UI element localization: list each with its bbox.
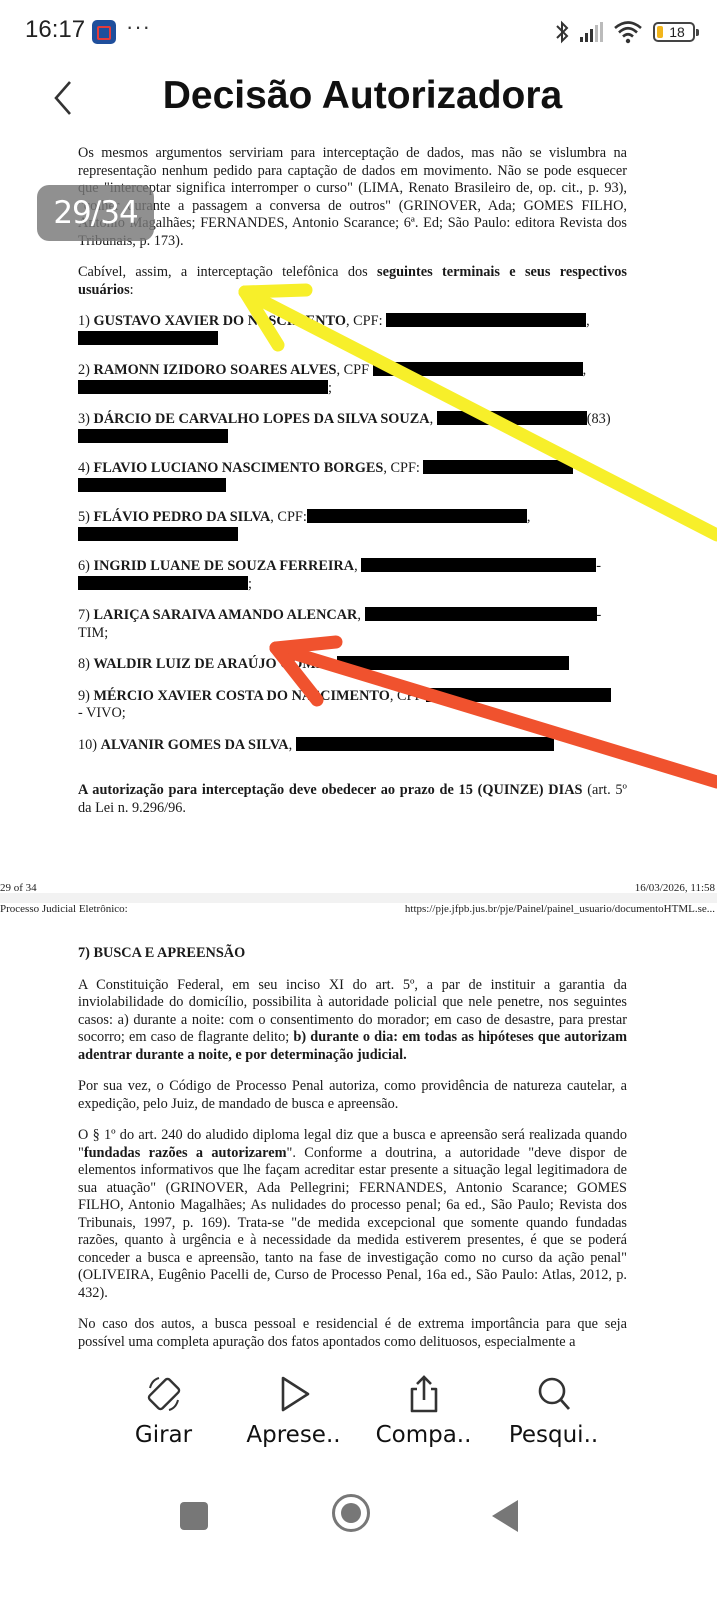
text: TIM; (78, 625, 108, 641)
bold-text: fundadas razões a autorizarem (84, 1145, 287, 1161)
text: , (357, 607, 364, 623)
rotate-button[interactable]: Girar (99, 1370, 229, 1470)
terminal-item: 6) INGRID LUANE DE SOUZA FERREIRA, -; (78, 558, 627, 593)
recent-apps-icon[interactable] (180, 1502, 208, 1530)
bottom-toolbar: Girar Aprese.. Compa.. Pesqui.. (0, 1370, 717, 1470)
redaction-bar (78, 576, 248, 590)
terminals-list: 1) GUSTAVO XAVIER DO NASCIMENTO, CPF: ,2… (78, 313, 627, 754)
text: , (586, 313, 590, 329)
terminal-item: 7) LARIÇA SARAIVA AMANDO ALENCAR, -TIM; (78, 607, 627, 642)
present-label: Aprese.. (246, 1422, 340, 1448)
terminal-item: 9) MÉRCIO XAVIER COSTA DO NASCIMENTO, CP… (78, 688, 627, 723)
terminal-item: 2) RAMONN IZIDORO SOARES ALVES, CPF ,; (78, 362, 627, 397)
terminal-user-name: GUSTAVO XAVIER DO NASCIMENTO (94, 313, 346, 329)
text: , CPF (336, 362, 372, 378)
text: , (354, 558, 361, 574)
app-header: Decisão Autorizadora (0, 66, 717, 132)
paragraph: Os mesmos argumentos serviriam para inte… (78, 145, 627, 250)
share-label: Compa.. (376, 1422, 472, 1448)
redaction-bar (361, 558, 596, 572)
present-button[interactable]: Aprese.. (229, 1370, 359, 1470)
terminal-number: 9) (78, 688, 90, 704)
more-notifications-icon: ··· (126, 14, 151, 40)
terminal-number: 6) (78, 558, 90, 574)
text: , (430, 411, 437, 427)
terminal-number: 10) (78, 737, 97, 753)
terminal-user-name: FLAVIO LUCIANO NASCIMENTO BORGES (94, 460, 384, 476)
text: ; (248, 576, 252, 592)
redaction-bar (365, 607, 597, 621)
play-icon (274, 1374, 314, 1414)
home-icon[interactable] (332, 1494, 370, 1532)
rotate-icon (144, 1374, 184, 1414)
bluetooth-icon (554, 19, 570, 45)
text: : (130, 282, 134, 298)
redaction-bar (373, 362, 583, 376)
page-separator (0, 893, 717, 903)
text: , (583, 362, 587, 378)
text: - VIVO; (78, 705, 126, 721)
paragraph: Por sua vez, o Código de Processo Penal … (78, 1078, 627, 1113)
signal-icon (580, 22, 603, 42)
text: , CPF (390, 688, 426, 704)
redaction-bar (296, 737, 554, 751)
share-icon (404, 1374, 444, 1414)
terminal-user-name: MÉRCIO XAVIER COSTA DO NASCIMENTO (94, 688, 390, 704)
text: , CPF: (383, 460, 423, 476)
text: , CPF: (346, 313, 386, 329)
redaction-bar (386, 313, 586, 327)
terminal-number: 4) (78, 460, 90, 476)
status-icons: 18 (554, 18, 695, 46)
terminal-user-name: WALDIR LUIZ DE ARAÚJO GOMES (94, 656, 334, 672)
terminal-user-name: DÁRCIO DE CARVALHO LOPES DA SILVA SOUZA (94, 411, 430, 427)
text: Cabível, assim, a interceptação telefôni… (78, 264, 377, 280)
redaction-bar (337, 656, 569, 670)
terminal-user-name: ALVANIR GOMES DA SILVA (101, 737, 289, 753)
redaction-bar (423, 460, 573, 474)
terminal-number: 3) (78, 411, 90, 427)
redaction-bar (78, 380, 328, 394)
battery-level: 18 (655, 24, 693, 40)
document-url: https://pje.jfpb.jus.br/pje/Painel/paine… (405, 903, 715, 915)
app-notification-icon (92, 20, 116, 44)
document-page-30[interactable]: Processo Judicial Eletrônico: https://pj… (0, 903, 717, 1363)
terminal-number: 7) (78, 607, 90, 623)
search-icon (534, 1374, 574, 1414)
redaction-bar (78, 527, 238, 541)
paragraph-terminals-intro: Cabível, assim, a interceptação telefôni… (78, 264, 627, 299)
terminal-user-name: LARIÇA SARAIVA AMANDO ALENCAR (94, 607, 358, 623)
page-content: Os mesmos argumentos serviriam para inte… (78, 145, 627, 831)
page-counter: 29/34 (37, 185, 154, 241)
status-bar: 16:17 ··· 18 (0, 0, 717, 66)
status-time: 16:17 (25, 16, 85, 44)
rotate-label: Girar (135, 1422, 192, 1448)
paragraph-conclusion: A autorização para interceptação deve ob… (78, 782, 627, 817)
page-content: 7) BUSCA E APREENSÃO A Constituição Fede… (78, 945, 627, 1365)
terminal-user-name: RAMONN IZIDORO SOARES ALVES (94, 362, 337, 378)
redaction-bar (426, 688, 611, 702)
text: , (527, 509, 531, 525)
share-button[interactable]: Compa.. (359, 1370, 489, 1470)
terminal-number: 5) (78, 509, 90, 525)
terminal-item: 5) FLÁVIO PEDRO DA SILVA, CPF:, (78, 509, 627, 544)
bold-text: A autorização para interceptação deve ob… (78, 782, 582, 798)
redaction-bar (437, 411, 587, 425)
redaction-bar (78, 478, 226, 492)
back-icon[interactable] (492, 1500, 518, 1532)
terminal-item: 3) DÁRCIO DE CARVALHO LOPES DA SILVA SOU… (78, 411, 627, 446)
paragraph: O § 1º do art. 240 do aludido diploma le… (78, 1127, 627, 1302)
wifi-icon (613, 20, 643, 44)
search-button[interactable]: Pesqui.. (489, 1370, 619, 1470)
terminal-item: 4) FLAVIO LUCIANO NASCIMENTO BORGES, CPF… (78, 460, 627, 495)
system-navbar (0, 1490, 717, 1560)
redaction-bar (307, 509, 527, 523)
section-title: 7) BUSCA E APREENSÃO (78, 945, 627, 963)
paragraph: No caso dos autos, a busca pessoal e res… (78, 1316, 627, 1351)
text: , CPF: (270, 509, 307, 525)
page-title: Decisão Autorizadora (0, 74, 717, 118)
document-page-29[interactable]: Os mesmos argumentos serviriam para inte… (0, 140, 717, 885)
search-label: Pesqui.. (509, 1422, 598, 1448)
battery-icon: 18 (653, 22, 695, 42)
terminal-number: 8) (78, 656, 90, 672)
terminal-item: 10) ALVANIR GOMES DA SILVA, (78, 737, 627, 755)
terminal-user-name: INGRID LUANE DE SOUZA FERREIRA (94, 558, 355, 574)
terminal-item: 8) WALDIR LUIZ DE ARAÚJO GOMES (78, 656, 627, 674)
text: - (596, 558, 601, 574)
text: ". Conforme a doutrina, a autoridade "de… (78, 1145, 627, 1301)
redaction-bar (78, 429, 228, 443)
terminal-number: 1) (78, 313, 90, 329)
text: ; (328, 380, 332, 396)
text: , (289, 737, 296, 753)
system-name: Processo Judicial Eletrônico: (0, 903, 128, 915)
paragraph: A Constituição Federal, em seu inciso XI… (78, 977, 627, 1065)
terminal-user-name: FLÁVIO PEDRO DA SILVA (94, 509, 271, 525)
terminal-item: 1) GUSTAVO XAVIER DO NASCIMENTO, CPF: , (78, 313, 627, 348)
terminal-number: 2) (78, 362, 90, 378)
redaction-bar (78, 331, 218, 345)
text: (83) (587, 411, 611, 427)
text: - (597, 607, 602, 623)
